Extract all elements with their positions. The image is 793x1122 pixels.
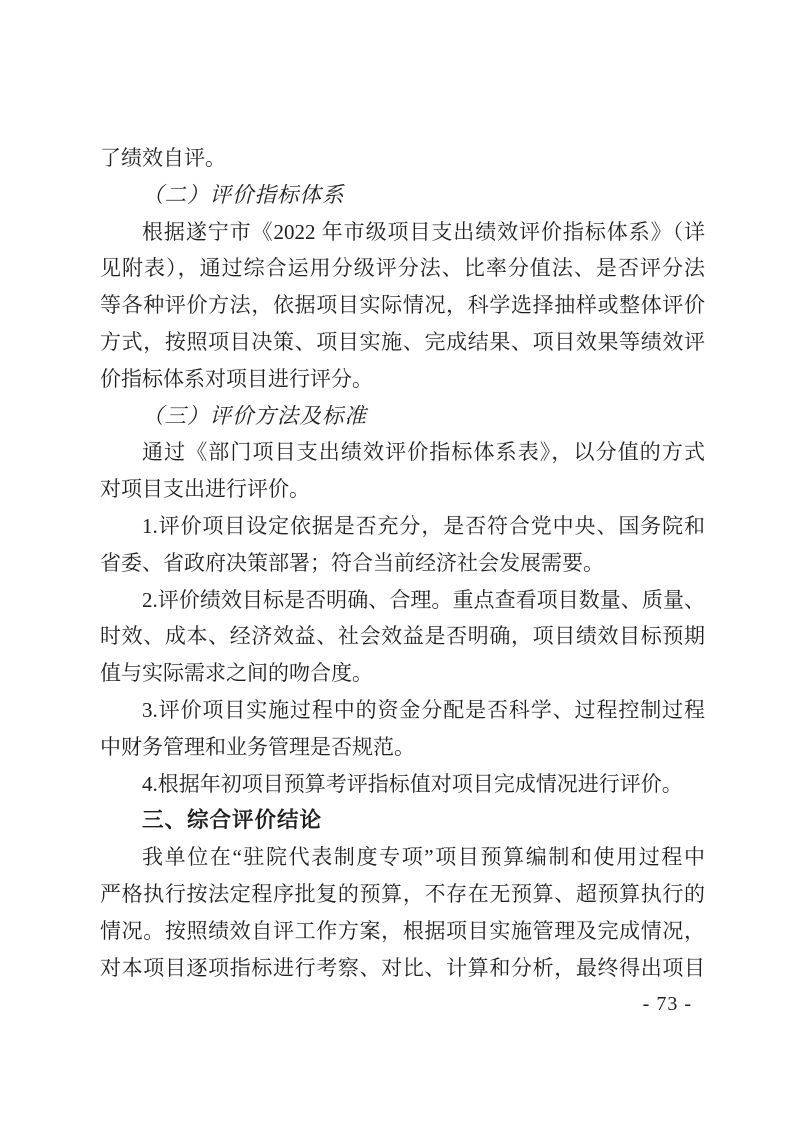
text-line: 方式，按照项目决策、项目实施、完成结果、项目效果等绩效评 <box>100 324 705 361</box>
text-line: 3.评价项目实施过程中的资金分配是否科学、过程控制过程 <box>100 692 705 729</box>
text-line: 了绩效自评。 <box>100 140 705 177</box>
text-line: 通过《部门项目支出绩效评价指标体系表》，以分值的方式 <box>100 434 705 471</box>
text-line: 情况。按照绩效自评工作方案，根据项目实施管理及完成情况， <box>100 913 705 950</box>
text-line: 省委、省政府决策部署；符合当前经济社会发展需要。 <box>100 545 705 582</box>
text-line: 我单位在“驻院代表制度专项”项目预算编制和使用过程中 <box>100 839 705 876</box>
section-heading-2: （二）评价指标体系 <box>100 177 705 214</box>
text-line: 时效、成本、经济效益、社会效益是否明确，项目绩效目标预期 <box>100 618 705 655</box>
page-number: - 73 - <box>100 986 705 1023</box>
document-body: 了绩效自评。（二）评价指标体系根据遂宁市《2022 年市级项目支出绩效评价指标体… <box>100 140 705 986</box>
text-line: 根据遂宁市《2022 年市级项目支出绩效评价指标体系》（详 <box>100 214 705 251</box>
section-heading-3: （三）评价方法及标准 <box>100 398 705 435</box>
text-line: 严格执行按法定程序批复的预算，不存在无预算、超预算执行的 <box>100 876 705 913</box>
text-line: 见附表），通过综合运用分级评分法、比率分值法、是否评分法 <box>100 250 705 287</box>
text-line: 对本项目逐项指标进行考察、对比、计算和分析，最终得出项目 <box>100 950 705 987</box>
text-line: 中财务管理和业务管理是否规范。 <box>100 729 705 766</box>
text-line: 4.根据年初项目预算考评指标值对项目完成情况进行评价。 <box>100 766 705 803</box>
text-line: 1.评价项目设定依据是否充分，是否符合党中央、国务院和 <box>100 508 705 545</box>
section-heading-major-3: 三、综合评价结论 <box>100 802 705 839</box>
text-line: 值与实际需求之间的吻合度。 <box>100 655 705 692</box>
text-line: 价指标体系对项目进行评分。 <box>100 361 705 398</box>
text-line: 2.评价绩效目标是否明确、合理。重点查看项目数量、质量、 <box>100 582 705 619</box>
text-line: 等各种评价方法，依据项目实际情况，科学选择抽样或整体评价 <box>100 287 705 324</box>
document-page: 了绩效自评。（二）评价指标体系根据遂宁市《2022 年市级项目支出绩效评价指标体… <box>0 0 793 1122</box>
text-line: 对项目支出进行评价。 <box>100 471 705 508</box>
